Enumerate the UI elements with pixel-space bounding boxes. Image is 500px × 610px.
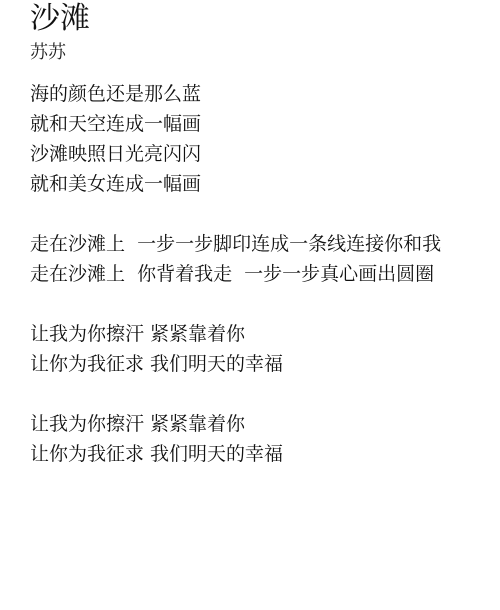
- stanza: 海的颜色还是那么蓝 就和天空连成一幅画 沙滩映照日光亮闪闪 就和美女连成一幅画: [30, 79, 441, 199]
- stanza: 让我为你擦汗 紧紧靠着你 让你为我征求 我们明天的幸福: [30, 409, 441, 469]
- lyric-line: 让你为我征求 我们明天的幸福: [30, 439, 441, 469]
- song-title: 沙滩: [30, 0, 90, 38]
- stanza: 走在沙滩上 一步一步脚印连成一条线连接你和我 走在沙滩上 你背着我走 一步一步真…: [30, 229, 441, 289]
- lyric-line: 走在沙滩上 一步一步脚印连成一条线连接你和我: [30, 229, 441, 259]
- lyric-line: 让你为我征求 我们明天的幸福: [30, 349, 441, 379]
- song-artist: 苏苏: [30, 41, 66, 65]
- lyric-line: 让我为你擦汗 紧紧靠着你: [30, 319, 441, 349]
- lyric-line: 就和美女连成一幅画: [30, 169, 441, 199]
- lyric-line: 海的颜色还是那么蓝: [30, 79, 441, 109]
- lyrics-body: 海的颜色还是那么蓝 就和天空连成一幅画 沙滩映照日光亮闪闪 就和美女连成一幅画 …: [30, 79, 441, 499]
- lyric-line: 走在沙滩上 你背着我走 一步一步真心画出圆圈: [30, 259, 441, 289]
- lyric-line: 沙滩映照日光亮闪闪: [30, 139, 441, 169]
- lyric-line: 就和天空连成一幅画: [30, 109, 441, 139]
- stanza: 让我为你擦汗 紧紧靠着你 让你为我征求 我们明天的幸福: [30, 319, 441, 379]
- lyric-line: 让我为你擦汗 紧紧靠着你: [30, 409, 441, 439]
